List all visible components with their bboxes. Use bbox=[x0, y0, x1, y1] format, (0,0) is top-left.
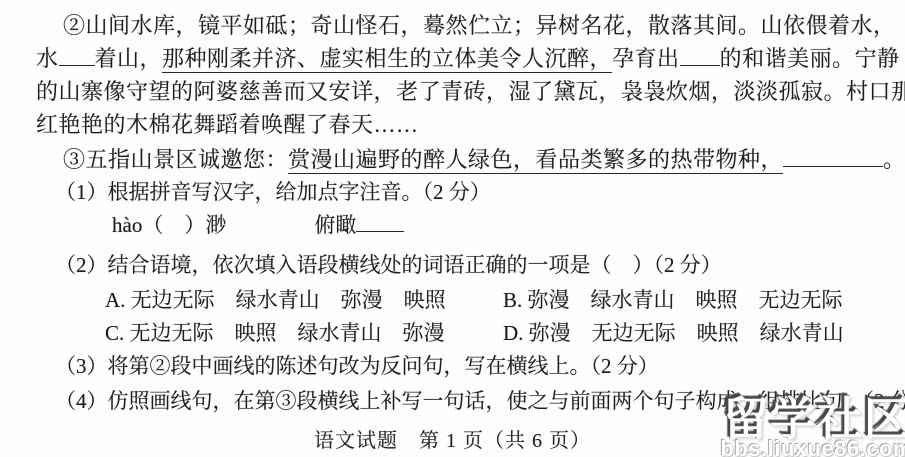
pinyin-answer-line: hào（ ）渺俯瞰 bbox=[36, 209, 879, 242]
text-segment: （2）结合语境，依次填入语段横线处的词语正确的一项是（ ）（2 分） bbox=[55, 253, 722, 277]
passage-2-line-2: 水着山，那种刚柔并济、虚实相生的立体美令人沉醉，孕育出的和谐美丽。宁静 bbox=[36, 42, 879, 75]
question-2: （2）结合语境，依次填入语段横线处的词语正确的一项是（ ）（2 分） bbox=[36, 249, 879, 282]
option-c: C. 无边无际 映照 绿水青山 弥漫 bbox=[105, 317, 503, 350]
options-row-cd: C. 无边无际 映照 绿水青山 弥漫D. 弥漫 无边无际 映照 绿水青山 bbox=[36, 317, 879, 350]
text-segment: （4）仿照画线句，在第③段横线上补写一句话，使之与前面两个句子构成一组排比句。（… bbox=[55, 389, 905, 413]
fill-in-blank bbox=[59, 46, 95, 66]
option-d: D. 弥漫 无边无际 映照 绿水青山 bbox=[503, 321, 844, 345]
text-segment: hào（ ）渺 bbox=[112, 213, 226, 237]
fill-in-blank bbox=[680, 46, 720, 66]
options-row-ab: A. 无边无际 绿水青山 弥漫 映照B. 弥漫 绿水青山 映照 无边无际 bbox=[36, 284, 879, 317]
text-segment: 瞰 bbox=[335, 213, 356, 237]
fill-in-blank bbox=[783, 147, 883, 167]
question-3: （3）将第②段中画线的陈述句改为反问句，写在横线上。（2 分） bbox=[36, 350, 879, 383]
underlined-phrase: 赏漫山遍野的醉人绿色，看品类繁多的热带物种， bbox=[288, 147, 783, 174]
exam-paper-scan: ②山间水库，镜平如砥；奇山怪石，蓦然伫立；异树名花，散落其间。山依偎着水，水着山… bbox=[0, 0, 905, 457]
text-segment: （1）根据拼音写汉字，给加点字注音。（2 分） bbox=[55, 180, 491, 204]
text-segment: 俯 bbox=[314, 213, 335, 237]
question-1: （1）根据拼音写汉字，给加点字注音。（2 分） bbox=[36, 176, 879, 209]
fill-in-blank bbox=[356, 213, 404, 232]
text-segment: （3）将第②段中画线的陈述句改为反问句，写在横线上。（2 分） bbox=[55, 354, 659, 378]
text-segment: 的山寨像守望的阿婆慈善而又安详，老了青砖，湿了黛瓦，袅袅炊烟，淡淡孤寂。村口那 bbox=[36, 79, 905, 104]
text-segment: 的和谐美丽。宁静 bbox=[720, 46, 900, 71]
text-segment: 着山， bbox=[95, 46, 163, 71]
passage-3-line: ③五指山景区诚邀您：赏漫山遍野的醉人绿色，看品类繁多的热带物种，。 bbox=[36, 143, 879, 176]
text-segment: 。 bbox=[883, 147, 905, 172]
text-segment: 孕育出 bbox=[612, 46, 680, 71]
text-segment: ②山间水库，镜平如砥；奇山怪石，蓦然伫立；异树名花，散落其间。山依偎着水， bbox=[63, 13, 896, 38]
underlined-phrase: 那种刚柔并济、虚实相生的立体美令人沉醉， bbox=[162, 46, 612, 73]
passage-2-line-3: 的山寨像守望的阿婆慈善而又安详，老了青砖，湿了黛瓦，袅袅炊烟，淡淡孤寂。村口那 bbox=[36, 75, 879, 108]
option-a: A. 无边无际 绿水青山 弥漫 映照 bbox=[105, 284, 503, 317]
passage-2-line-1: ②山间水库，镜平如砥；奇山怪石，蓦然伫立；异树名花，散落其间。山依偎着水， bbox=[36, 9, 879, 42]
question-4: （4）仿照画线句，在第③段横线上补写一句话，使之与前面两个句子构成一组排比句。（… bbox=[36, 385, 879, 418]
text-segment: 红艳艳的木棉花舞蹈着唤醒了春天…… bbox=[36, 112, 419, 137]
option-b: B. 弥漫 绿水青山 映照 无边无际 bbox=[503, 288, 843, 312]
text-segment: ③五指山景区诚邀您： bbox=[63, 147, 288, 172]
passage-2-line-4: 红艳艳的木棉花舞蹈着唤醒了春天…… bbox=[36, 108, 879, 141]
text-segment: 水 bbox=[36, 46, 59, 71]
document-lines: ②山间水库，镜平如砥；奇山怪石，蓦然伫立；异树名花，散落其间。山依偎着水，水着山… bbox=[0, 0, 905, 418]
page-footer: 语文试题 第 1 页（共 6 页） bbox=[0, 424, 905, 453]
